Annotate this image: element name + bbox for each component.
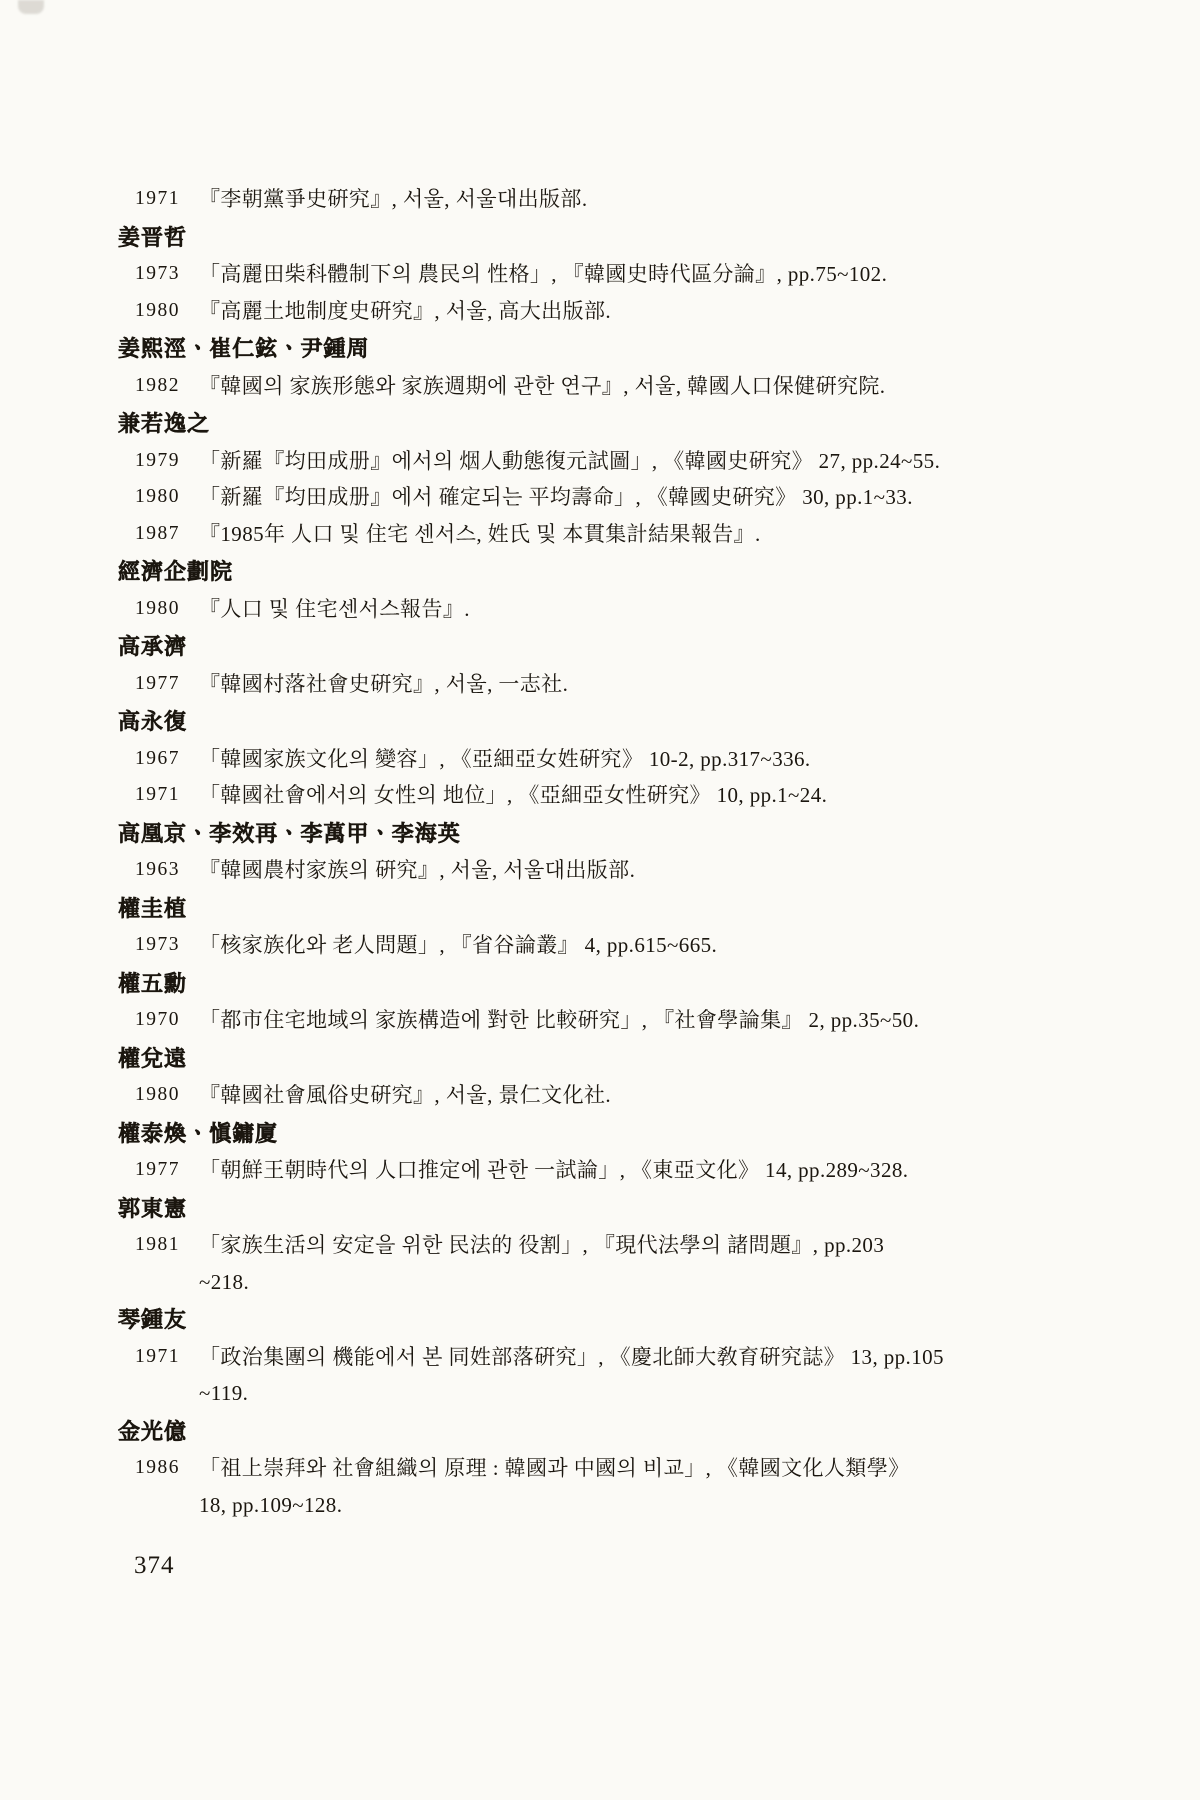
entry-line: 「韓國社會에서의 女性의 地位」, 《亞細亞女性硏究》 10, pp.1~24. [199,777,1108,814]
entry-text: 「高麗田柴科體制下의 農民의 性格」, 『韓國史時代區分論』, pp.75~10… [199,256,1108,293]
entry-line: 『韓國農村家族의 硏究』, 서울, 서울대出版部. [199,852,1108,889]
bibliography-entry: 1971「政治集團의 機能에서 본 同姓部落硏究」, 《慶北師大敎育硏究誌》 1… [118,1339,1108,1412]
entry-line: 『高麗土地制度史硏究』, 서울, 高大出版部. [199,293,1108,330]
bibliography-entry: 1982『韓國의 家族形態와 家族週期에 관한 연구』, 서울, 韓國人口保健硏… [118,368,1108,405]
bibliography-entry: 1986「祖上崇拜와 社會組織의 原理 : 韓國과 中國의 비교」, 《韓國文化… [118,1450,1108,1523]
entry-text: 『1985年 人口 및 住宅 센서스, 姓氏 및 本貫集計結果報告』. [199,516,1108,553]
author-heading: 姜熙涇ㆍ崔仁鉉ㆍ尹鍾周 [118,331,1108,368]
bibliography-entry: 1979「新羅『均田成册』에서의 烟人動態復元試圖」, 《韓國史硏究》 27, … [118,443,1108,480]
entry-year: 1971 [135,777,199,814]
author-heading: 權五勳 [118,966,1108,1003]
author-heading: 經濟企劃院 [118,554,1108,591]
entry-text: 「朝鮮王朝時代의 人口推定에 관한 一試論」, 《東亞文化》 14, pp.28… [199,1152,1108,1189]
entry-text: 「韓國社會에서의 女性의 地位」, 《亞細亞女性硏究》 10, pp.1~24. [199,777,1108,814]
author-heading: 高凰京ㆍ李效再ㆍ李萬甲ㆍ李海英 [118,816,1108,853]
entry-year: 1980 [135,293,199,330]
entry-year: 1971 [135,181,199,218]
entry-line: 「新羅『均田成册』에서 確定되는 平均壽命」, 《韓國史硏究》 30, pp.1… [199,479,1108,516]
entry-year: 1973 [135,256,199,293]
entry-text: 「新羅『均田成册』에서의 烟人動態復元試圖」, 《韓國史硏究》 27, pp.2… [199,443,1108,480]
scan-artifact [18,0,44,14]
entry-line: 「新羅『均田成册』에서의 烟人動態復元試圖」, 《韓國史硏究》 27, pp.2… [199,443,1108,480]
entry-text: 『人口 및 住宅센서스報告』. [199,591,1108,628]
entry-line: 「韓國家族文化의 變容」, 《亞細亞女姓硏究》 10-2, pp.317~336… [199,741,1108,778]
entry-line: ~218. [199,1264,1108,1301]
bibliography-entry: 1980「新羅『均田成册』에서 確定되는 平均壽命」, 《韓國史硏究》 30, … [118,479,1108,516]
entry-text: 『李朝黨爭史硏究』, 서울, 서울대出版部. [199,181,1108,218]
bibliography-entry: 1970「都市住宅地域의 家族構造에 對한 比較硏究」, 『社會學論集』 2, … [118,1002,1108,1039]
entry-text: 「政治集團의 機能에서 본 同姓部落硏究」, 《慶北師大敎育硏究誌》 13, p… [199,1339,1108,1412]
author-heading: 琴鍾友 [118,1302,1108,1339]
entry-year: 1980 [135,1077,199,1114]
book-page: 1971『李朝黨爭史硏究』, 서울, 서울대出版部.姜晋哲1973「高麗田柴科體… [0,0,1200,1800]
entry-year: 1981 [135,1227,199,1264]
entry-year: 1987 [135,516,199,553]
entry-line: 『韓國의 家族形態와 家族週期에 관한 연구』, 서울, 韓國人口保健硏究院. [199,368,1108,405]
bibliography-entry: 1967「韓國家族文化의 變容」, 《亞細亞女姓硏究》 10-2, pp.317… [118,741,1108,778]
author-heading: 姜晋哲 [118,220,1108,257]
entry-line: 「家族生活의 安定을 위한 民法的 役割」, 『現代法學의 諸問題』, pp.2… [199,1227,1108,1264]
entry-line: 『韓國社會風俗史硏究』, 서울, 景仁文化社. [199,1077,1108,1114]
entry-text: 「祖上崇拜와 社會組織의 原理 : 韓國과 中國의 비교」, 《韓國文化人類學》… [199,1450,1108,1523]
entry-line: 「高麗田柴科體制下의 農民의 性格」, 『韓國史時代區分論』, pp.75~10… [199,256,1108,293]
entry-year: 1979 [135,443,199,480]
bibliography-entry: 1980『高麗土地制度史硏究』, 서울, 高大出版部. [118,293,1108,330]
entry-line: 『韓國村落社會史硏究』, 서울, 一志社. [199,666,1108,703]
entry-year: 1980 [135,591,199,628]
entry-line: 『1985年 人口 및 住宅 센서스, 姓氏 및 本貫集計結果報告』. [199,516,1108,553]
author-heading: 高永復 [118,704,1108,741]
entry-text: 「都市住宅地域의 家族構造에 對한 比較硏究」, 『社會學論集』 2, pp.3… [199,1002,1108,1039]
entry-text: 『韓國農村家族의 硏究』, 서울, 서울대出版部. [199,852,1108,889]
author-heading: 高承濟 [118,629,1108,666]
entry-year: 1982 [135,368,199,405]
bibliography-entry: 1980『韓國社會風俗史硏究』, 서울, 景仁文化社. [118,1077,1108,1114]
entry-year: 1971 [135,1339,199,1376]
author-heading: 兼若逸之 [118,406,1108,443]
entry-text: 「韓國家族文化의 變容」, 《亞細亞女姓硏究》 10-2, pp.317~336… [199,741,1108,778]
entry-line: 「祖上崇拜와 社會組織의 原理 : 韓國과 中國의 비교」, 《韓國文化人類學》 [199,1450,1108,1487]
bibliography-entry: 1971『李朝黨爭史硏究』, 서울, 서울대出版部. [118,181,1108,218]
bibliography-entry: 1973「核家族化와 老人問題」, 『省谷論叢』 4, pp.615~665. [118,927,1108,964]
bibliography-entry: 1987『1985年 人口 및 住宅 센서스, 姓氏 및 本貫集計結果報告』. [118,516,1108,553]
entry-line: 「朝鮮王朝時代의 人口推定에 관한 一試論」, 《東亞文化》 14, pp.28… [199,1152,1108,1189]
author-heading: 金光億 [118,1414,1108,1451]
bibliography-entry: 1971「韓國社會에서의 女性의 地位」, 《亞細亞女性硏究》 10, pp.1… [118,777,1108,814]
entry-line: 『李朝黨爭史硏究』, 서울, 서울대出版部. [199,181,1108,218]
entry-line: ~119. [199,1375,1108,1412]
bibliography: 1971『李朝黨爭史硏究』, 서울, 서울대出版部.姜晋哲1973「高麗田柴科體… [118,181,1108,1523]
author-heading: 權圭植 [118,891,1108,928]
entry-year: 1967 [135,741,199,778]
entry-year: 1986 [135,1450,199,1487]
entry-year: 1980 [135,479,199,516]
entry-text: 『韓國社會風俗史硏究』, 서울, 景仁文化社. [199,1077,1108,1114]
entry-text: 『韓國의 家族形態와 家族週期에 관한 연구』, 서울, 韓國人口保健硏究院. [199,368,1108,405]
entry-text: 「新羅『均田成册』에서 確定되는 平均壽命」, 《韓國史硏究》 30, pp.1… [199,479,1108,516]
entry-year: 1973 [135,927,199,964]
entry-line: 「核家族化와 老人問題」, 『省谷論叢』 4, pp.615~665. [199,927,1108,964]
entry-line: 「政治集團의 機能에서 본 同姓部落硏究」, 《慶北師大敎育硏究誌》 13, p… [199,1339,1108,1376]
author-heading: 權泰煥ㆍ愼鏞廈 [118,1116,1108,1153]
author-heading: 郭東憲 [118,1191,1108,1228]
author-heading: 權兌遠 [118,1041,1108,1078]
bibliography-entry: 1977「朝鮮王朝時代의 人口推定에 관한 一試論」, 《東亞文化》 14, p… [118,1152,1108,1189]
bibliography-entry: 1980『人口 및 住宅센서스報告』. [118,591,1108,628]
bibliography-entry: 1977『韓國村落社會史硏究』, 서울, 一志社. [118,666,1108,703]
entry-year: 1977 [135,1152,199,1189]
bibliography-entry: 1981「家族生活의 安定을 위한 民法的 役割」, 『現代法學의 諸問題』, … [118,1227,1108,1300]
entry-line: 18, pp.109~128. [199,1487,1108,1524]
entry-line: 『人口 및 住宅센서스報告』. [199,591,1108,628]
entry-text: 「核家族化와 老人問題」, 『省谷論叢』 4, pp.615~665. [199,927,1108,964]
entry-year: 1977 [135,666,199,703]
entry-text: 「家族生活의 安定을 위한 民法的 役割」, 『現代法學의 諸問題』, pp.2… [199,1227,1108,1300]
entry-line: 「都市住宅地域의 家族構造에 對한 比較硏究」, 『社會學論集』 2, pp.3… [199,1002,1108,1039]
page-number: 374 [134,1552,175,1580]
bibliography-entry: 1973「高麗田柴科體制下의 農民의 性格」, 『韓國史時代區分論』, pp.7… [118,256,1108,293]
entry-text: 『韓國村落社會史硏究』, 서울, 一志社. [199,666,1108,703]
entry-text: 『高麗土地制度史硏究』, 서울, 高大出版部. [199,293,1108,330]
entry-year: 1963 [135,852,199,889]
bibliography-entry: 1963『韓國農村家族의 硏究』, 서울, 서울대出版部. [118,852,1108,889]
entry-year: 1970 [135,1002,199,1039]
